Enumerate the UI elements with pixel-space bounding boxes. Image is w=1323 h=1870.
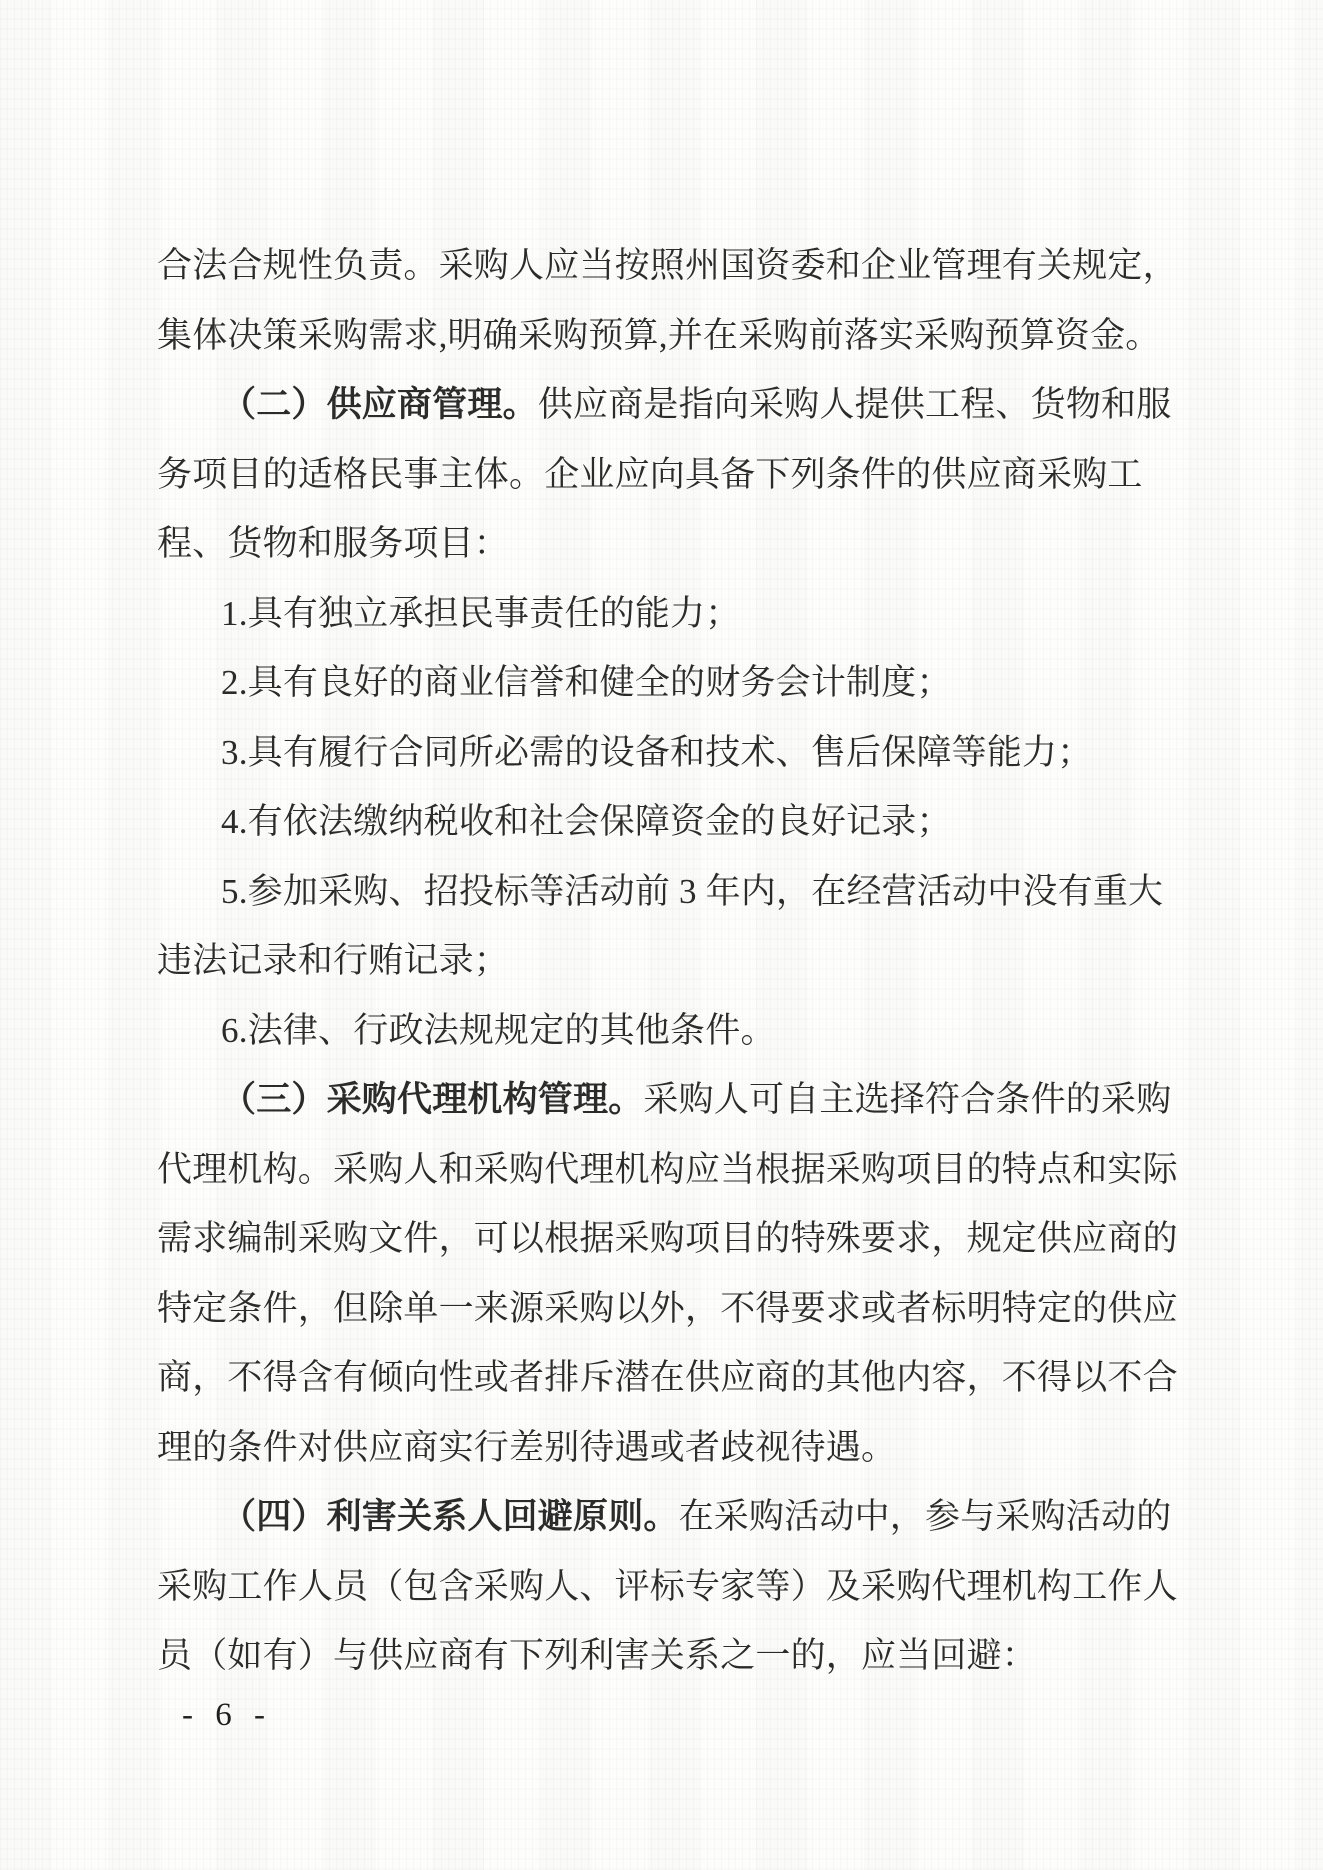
section-heading-4: （四）利害关系人回避原则。 bbox=[221, 1497, 679, 1536]
line-text: 供应商是指向采购人提供工程、货物和服 bbox=[538, 385, 1172, 424]
text-line: 代理机构。采购人和采购代理机构应当根据采购项目的特点和实际 bbox=[157, 1135, 1171, 1205]
line-text: 集体决策采购需求,明确采购预算,并在采购前落实采购预算资金。 bbox=[157, 316, 1161, 355]
text-line: 违法记录和行贿记录； bbox=[157, 926, 1171, 996]
line-text: 需求编制采购文件，可以根据采购项目的特殊要求，规定供应商的 bbox=[157, 1219, 1178, 1258]
line-text: 员（如有）与供应商有下列利害关系之一的，应当回避： bbox=[157, 1636, 1037, 1675]
text-line: 特定条件，但除单一来源采购以外，不得要求或者标明特定的供应 bbox=[157, 1274, 1171, 1344]
line-text: 理的条件对供应商实行差别待遇或者歧视待遇。 bbox=[157, 1428, 896, 1467]
line-text: 3.具有履行合同所必需的设备和技术、售后保障等能力； bbox=[221, 733, 1092, 772]
section-heading-2: （二）供应商管理。 bbox=[221, 385, 538, 424]
text-line: 采购工作人员（包含采购人、评标专家等）及采购代理机构工作人 bbox=[157, 1552, 1171, 1622]
section-heading-3: （三）采购代理机构管理。 bbox=[221, 1080, 643, 1119]
list-item-2: 2.具有良好的商业信誉和健全的财务会计制度； bbox=[157, 648, 1171, 718]
line-text: 5.参加采购、招投标等活动前 3 年内，在经营活动中没有重大 bbox=[221, 872, 1163, 911]
text-line: 集体决策采购需求,明确采购预算,并在采购前落实采购预算资金。 bbox=[157, 301, 1171, 371]
text-line: 程、货物和服务项目： bbox=[157, 509, 1171, 579]
text-line: （三）采购代理机构管理。采购人可自主选择符合条件的采购 bbox=[157, 1065, 1171, 1135]
text-line: 务项目的适格民事主体。企业应向具备下列条件的供应商采购工 bbox=[157, 440, 1171, 510]
list-item-5: 5.参加采购、招投标等活动前 3 年内，在经营活动中没有重大 bbox=[157, 857, 1171, 927]
line-text: 在采购活动中，参与采购活动的 bbox=[679, 1497, 1172, 1536]
text-line: （二）供应商管理。供应商是指向采购人提供工程、货物和服 bbox=[157, 370, 1171, 440]
line-text: 特定条件，但除单一来源采购以外，不得要求或者标明特定的供应 bbox=[157, 1289, 1178, 1328]
text-line: 员（如有）与供应商有下列利害关系之一的，应当回避： bbox=[157, 1621, 1171, 1691]
line-text: 违法记录和行贿记录； bbox=[157, 941, 509, 980]
document-page: 合法合规性负责。采购人应当按照州国资委和企业管理有关规定， 集体决策采购需求,明… bbox=[0, 0, 1323, 1870]
line-text: 代理机构。采购人和采购代理机构应当根据采购项目的特点和实际 bbox=[157, 1150, 1178, 1189]
text-line: 商，不得含有倾向性或者排斥潜在供应商的其他内容，不得以不合 bbox=[157, 1343, 1171, 1413]
line-text: 商，不得含有倾向性或者排斥潜在供应商的其他内容，不得以不合 bbox=[157, 1358, 1178, 1397]
list-item-1: 1.具有独立承担民事责任的能力； bbox=[157, 579, 1171, 649]
line-text: 1.具有独立承担民事责任的能力； bbox=[221, 594, 740, 633]
text-line: （四）利害关系人回避原则。在采购活动中，参与采购活动的 bbox=[157, 1482, 1171, 1552]
line-text: 程、货物和服务项目： bbox=[157, 524, 509, 563]
list-item-3: 3.具有履行合同所必需的设备和技术、售后保障等能力； bbox=[157, 718, 1171, 788]
line-text: 6.法律、行政法规规定的其他条件。 bbox=[221, 1011, 776, 1050]
document-body: 合法合规性负责。采购人应当按照州国资委和企业管理有关规定， 集体决策采购需求,明… bbox=[157, 231, 1171, 1691]
line-text: 合法合规性负责。采购人应当按照州国资委和企业管理有关规定， bbox=[157, 246, 1178, 285]
text-line: 合法合规性负责。采购人应当按照州国资委和企业管理有关规定， bbox=[157, 231, 1171, 301]
page-number: - 6 - bbox=[182, 1697, 272, 1734]
line-text: 务项目的适格民事主体。企业应向具备下列条件的供应商采购工 bbox=[157, 455, 1143, 494]
line-text: 2.具有良好的商业信誉和健全的财务会计制度； bbox=[221, 663, 952, 702]
line-text: 采购工作人员（包含采购人、评标专家等）及采购代理机构工作人 bbox=[157, 1567, 1178, 1606]
list-item-6: 6.法律、行政法规规定的其他条件。 bbox=[157, 996, 1171, 1066]
line-text: 采购人可自主选择符合条件的采购 bbox=[643, 1080, 1171, 1119]
text-line: 理的条件对供应商实行差别待遇或者歧视待遇。 bbox=[157, 1413, 1171, 1483]
list-item-4: 4.有依法缴纳税收和社会保障资金的良好记录； bbox=[157, 787, 1171, 857]
line-text: 4.有依法缴纳税收和社会保障资金的良好记录； bbox=[221, 802, 952, 841]
text-line: 需求编制采购文件，可以根据采购项目的特殊要求，规定供应商的 bbox=[157, 1204, 1171, 1274]
